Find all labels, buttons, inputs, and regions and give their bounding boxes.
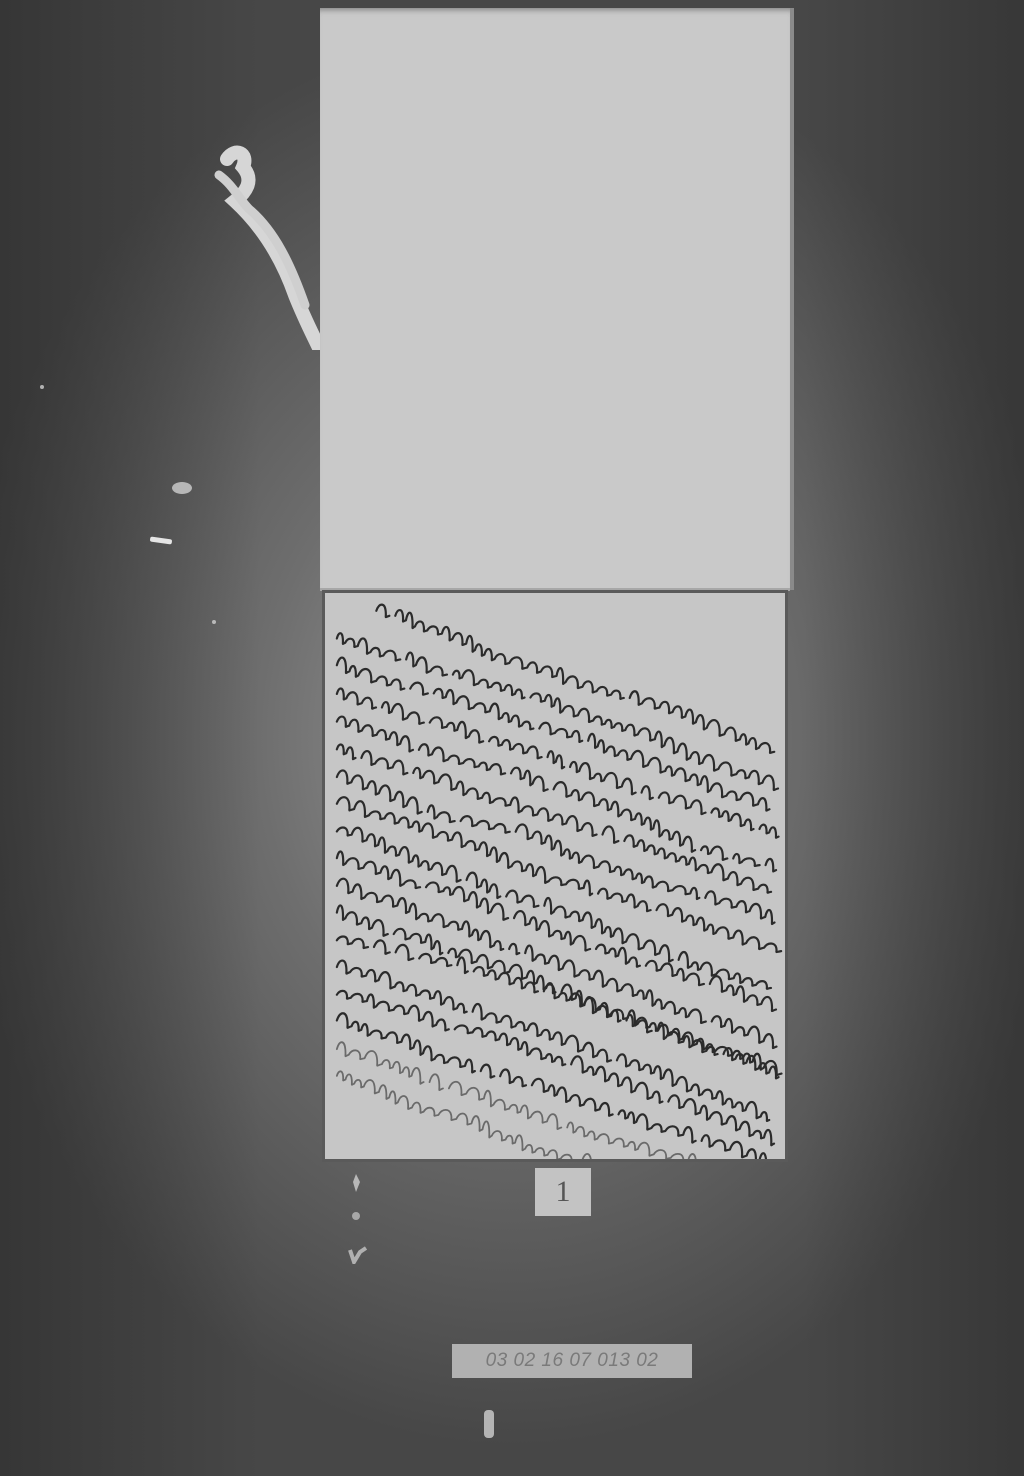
handwritten-line [337,991,774,1145]
scan-speck [172,482,192,494]
scan-speck [212,620,216,624]
handwritten-line [337,1042,780,1159]
handwritten-line [337,1071,782,1159]
scan-vignette-right [804,0,1024,1476]
scan-speck [484,1410,494,1438]
handwritten-line [337,1013,780,1159]
handwritten-line [337,827,771,988]
manuscript-page [322,590,788,1162]
margin-marks [346,1172,372,1264]
binding-cord [205,145,330,350]
handwritten-text-block [325,593,785,1159]
blank-upper-page [320,8,794,590]
archive-code-label: 03 02 16 07 013 02 [452,1344,692,1378]
scan-speck [40,385,44,389]
page-number-tag: 1 [535,1168,591,1216]
